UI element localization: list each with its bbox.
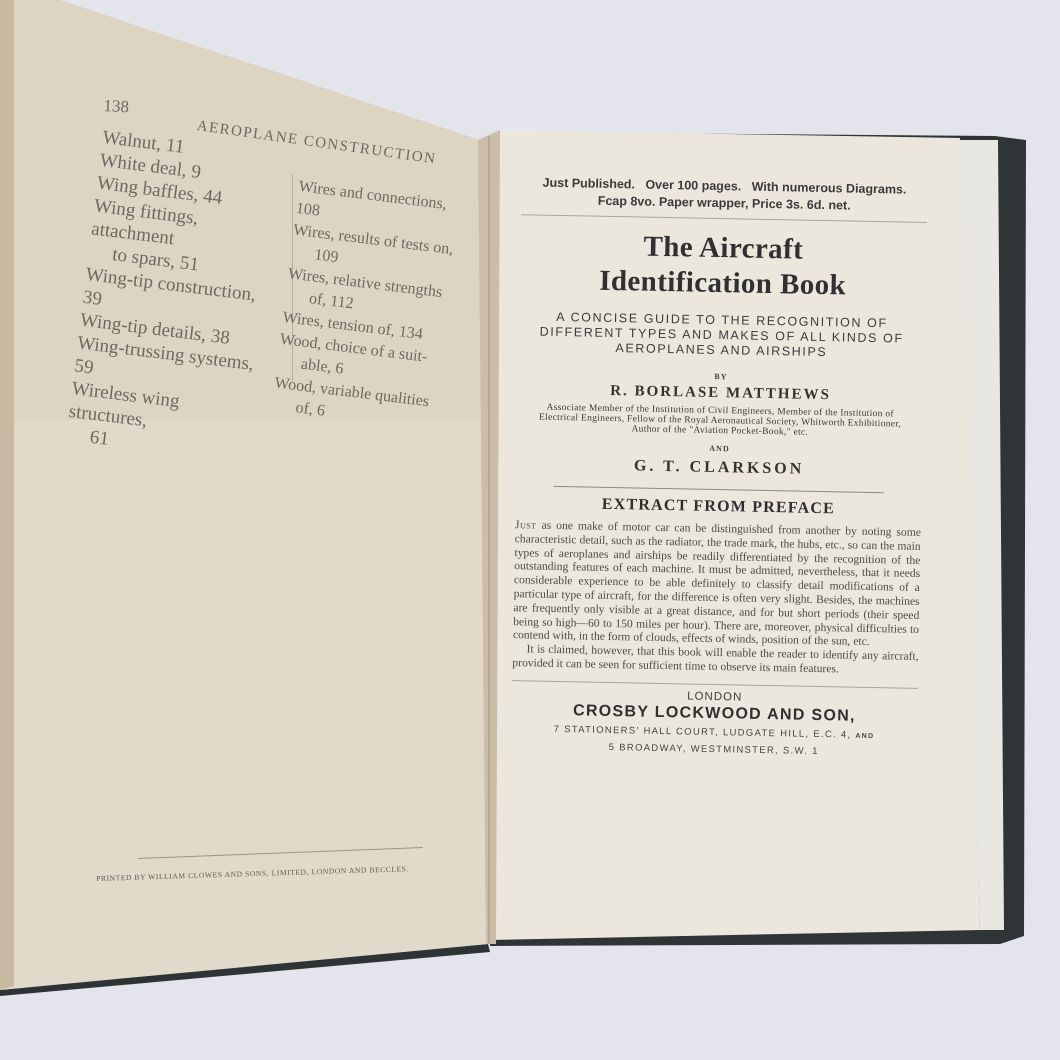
book-subtitle: A CONCISE GUIDE TO THE RECOGNITION OF DI… xyxy=(506,309,937,362)
divider-rule xyxy=(554,486,884,493)
address-and: AND xyxy=(855,733,874,740)
and-label: AND xyxy=(504,440,934,457)
preface-paragraph-1: Just as one make of motor car can be dis… xyxy=(513,518,921,650)
page-number: 138 xyxy=(103,96,130,117)
preface-extract: Just as one make of motor car can be dis… xyxy=(500,518,933,678)
divider-rule xyxy=(521,214,927,223)
printer-imprint: PRINTED BY WILLIAM CLOWES AND SONS, LIMI… xyxy=(96,864,409,883)
address-line-1: 7 STATIONERS' HALL COURT, LUDGATE HILL, … xyxy=(554,724,852,741)
author-1-credentials: Associate Member of the Institution of C… xyxy=(505,402,935,440)
right-page-content: Just Published. Over 100 pages. With num… xyxy=(499,160,940,762)
author-2: G. T. CLARKSON xyxy=(504,455,934,481)
book-title: The Aircraft Identification Book xyxy=(507,227,938,305)
index-column-a: Walnut, 11 White deal, 9 Wing baffles, 4… xyxy=(65,126,293,469)
section-heading: EXTRACT FROM PREFACE xyxy=(503,494,933,520)
index-column-b: Wires and connections, 108 Wires, result… xyxy=(271,176,464,436)
preface-lead-word: Just xyxy=(515,518,537,531)
title-line-2: Identification Book xyxy=(507,262,938,305)
publication-notice: Just Published. Over 100 pages. With num… xyxy=(509,174,940,216)
printer-rule xyxy=(138,847,423,859)
open-book-photo: 138 AEROPLANE CONSTRUCTION Walnut, 11 Wh… xyxy=(0,0,1060,1060)
